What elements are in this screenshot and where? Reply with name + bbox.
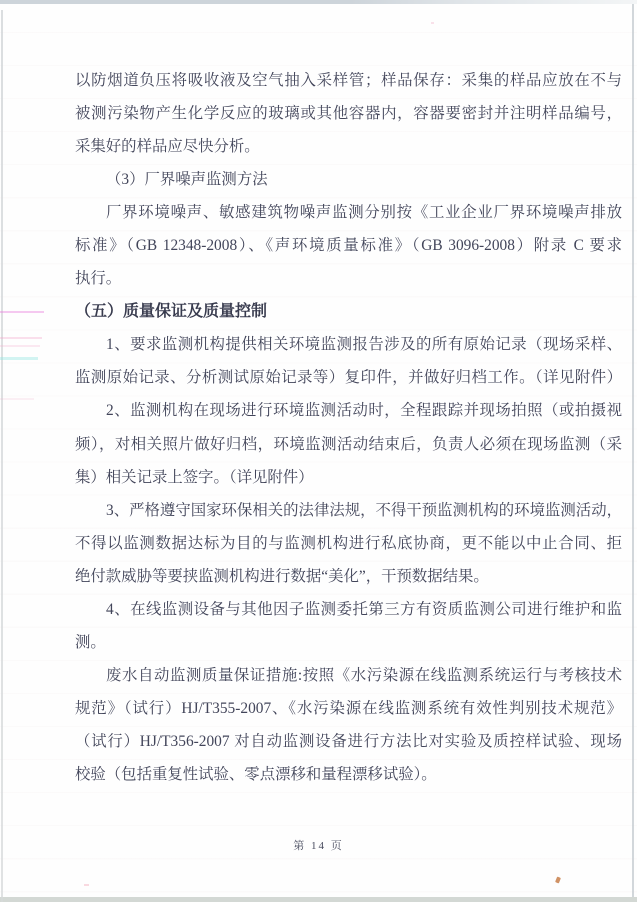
scan-artifact-pink — [0, 337, 42, 339]
scan-speck-pink — [84, 884, 89, 886]
scan-artifact-cyan — [0, 357, 38, 360]
text-line: 绝付款威胁等要挟监测机构进行数据“美化”，干预数据结果。 — [75, 560, 622, 593]
scan-artifact-pink — [0, 345, 40, 347]
text-line: 厂界环境噪声、敏感建筑物噪声监测分别按《工业企业厂界环境噪声排放 — [75, 196, 622, 229]
scan-speck-orange — [555, 876, 561, 883]
text-line: 采集好的样品应尽快分析。 — [75, 130, 622, 163]
scan-artifact-pink — [0, 398, 34, 400]
text-line: 4、在线监测设备与其他因子监测委托第三方有资质监测公司进行维护和监 — [75, 593, 622, 626]
text-line: 废水自动监测质量保证措施:按照《水污染源在线监测系统运行与考核技术 — [75, 659, 622, 692]
text-line: 以防烟道负压将吸收液及空气抽入采样管；样品保存：采集的样品应放在不与 — [75, 64, 622, 97]
text-line: 不得以监测数据达标为目的与监测机构进行私底协商，更不能以中止合同、拒 — [75, 527, 622, 560]
scan-artifact-magenta — [0, 311, 44, 313]
text-line: 集）相关记录上签字。（详见附件） — [75, 461, 622, 494]
text-line: 监测原始记录、分析测试原始记录等）复印件，并做好归档工作。（详见附件） — [75, 361, 622, 394]
scan-edge-top — [0, 0, 637, 4]
text-line: （试行）HJ/T356-2007 对自动监测设备进行方法比对实验及质控样试验、现… — [75, 725, 622, 758]
text-line: 2、监测机构在现场进行环境监测活动时，全程跟踪并现场拍照（或拍摄视 — [75, 394, 622, 427]
text-line: 频），对相关照片做好归档，环境监测活动结束后，负责人必须在现场监测（采 — [75, 428, 622, 461]
text-line: 测。 — [75, 626, 622, 659]
text-line: 校验（包括重复性试验、零点漂移和量程漂移试验）。 — [75, 758, 622, 791]
text-line: 标准》（GB 12348-2008）、《声环境质量标准》（GB 3096-200… — [75, 229, 622, 262]
text-line: （3）厂界噪声监测方法 — [75, 163, 622, 196]
scan-edge-left — [1, 10, 3, 902]
text-line: 1、要求监测机构提供相关环境监测报告涉及的所有原始记录（现场采样、 — [75, 328, 622, 361]
section-heading: （五）质量保证及质量控制 — [75, 295, 622, 328]
text-line: 执行。 — [75, 262, 622, 295]
page-number: 第 14 页 — [0, 837, 637, 853]
document-body: 以防烟道负压将吸收液及空气抽入采样管；样品保存：采集的样品应放在不与 被测污染物… — [75, 64, 622, 791]
scan-edge-right — [632, 4, 634, 897]
text-line: 规范》（试行）HJ/T355-2007、《水污染源在线监测系统有效性判别技术规范… — [75, 692, 622, 725]
scan-edge-bottom — [0, 897, 637, 902]
scan-speck-pink — [431, 22, 434, 24]
text-line: 被测污染物产生化学反应的玻璃或其他容器内，容器要密封并注明样品编号， — [75, 97, 622, 130]
document-page: 以防烟道负压将吸收液及空气抽入采样管；样品保存：采集的样品应放在不与 被测污染物… — [0, 0, 637, 902]
text-line: 3、严格遵守国家环保相关的法律法规，不得干预监测机构的环境监测活动， — [75, 494, 622, 527]
